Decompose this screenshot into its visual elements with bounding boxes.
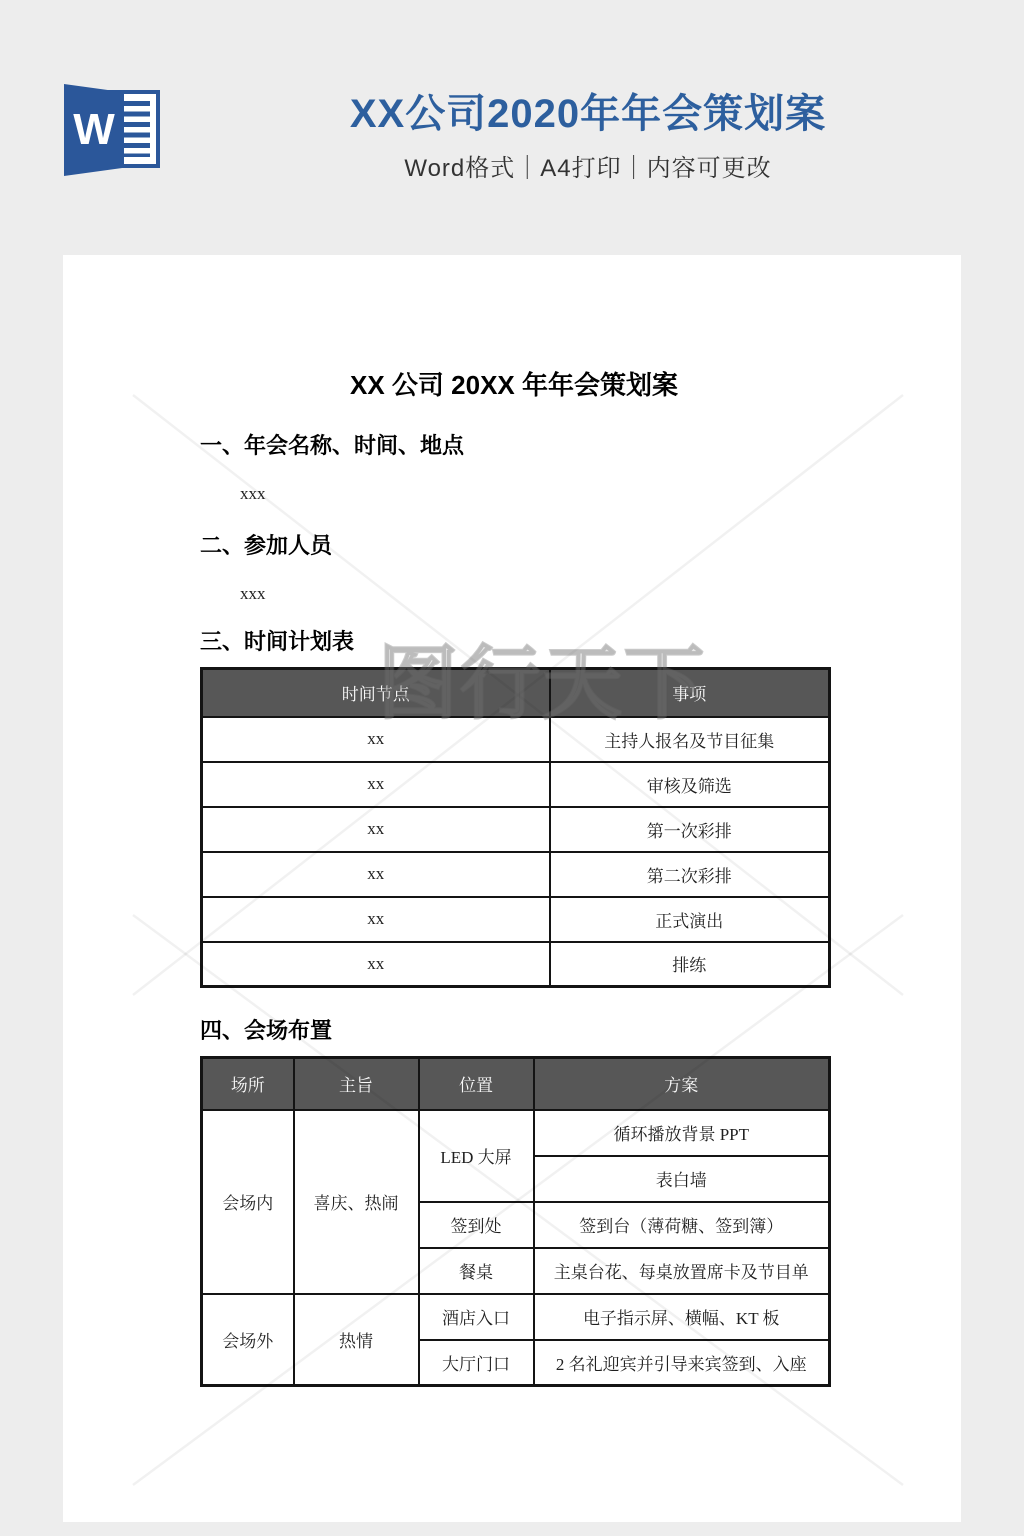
banner-subtitle: Word格式｜A4打印｜内容可更改: [162, 148, 1014, 183]
venue-table: 场所 主旨 位置 方案 会场内 喜庆、热闹 LED 大屏 循环播放背景 PPT …: [200, 1056, 831, 1387]
section-heading-3: 三、时间计划表: [200, 627, 891, 657]
table-cell: xx: [202, 942, 550, 987]
table-cell: 第二次彩排: [550, 852, 830, 897]
venue-col-theme: 主旨: [294, 1058, 419, 1110]
table-row: 会场内 喜庆、热闹 LED 大屏 循环播放背景 PPT: [202, 1110, 830, 1156]
table-cell-plan: 2 名礼迎宾并引导来宾签到、入座: [534, 1340, 830, 1386]
word-logo-icon: W: [64, 84, 162, 176]
table-row: xx 正式演出: [202, 897, 830, 942]
table-cell-plan: 签到台（薄荷糖、签到簿）: [534, 1202, 830, 1248]
table-cell: xx: [202, 762, 550, 807]
table-cell-plan: 循环播放背景 PPT: [534, 1110, 830, 1156]
section-heading-2: 二、参加人员: [200, 531, 891, 561]
table-cell: 正式演出: [550, 897, 830, 942]
table-row: xx 第一次彩排: [202, 807, 830, 852]
banner-title: XX公司2020年年会策划案: [162, 92, 1014, 136]
table-cell-location: LED 大屏: [419, 1110, 534, 1202]
table-cell-location: 酒店入口: [419, 1294, 534, 1340]
table-cell-theme-outside: 热情: [294, 1294, 419, 1386]
table-cell-location: 餐桌: [419, 1248, 534, 1294]
schedule-col-time: 时间节点: [202, 669, 550, 717]
section-heading-1: 一、年会名称、时间、地点: [200, 431, 891, 461]
table-cell: 主持人报名及节目征集: [550, 717, 830, 762]
section-body-1: xxx: [240, 483, 891, 505]
table-row: 会场外 热情 酒店入口 电子指示屏、横幅、KT 板: [202, 1294, 830, 1340]
document-title: XX 公司 20XX 年年会策划案: [200, 367, 828, 403]
word-logo-letter: W: [73, 108, 115, 152]
document-page: XX 公司 20XX 年年会策划案 一、年会名称、时间、地点 xxx 二、参加人…: [63, 255, 961, 1522]
table-cell-plan: 电子指示屏、横幅、KT 板: [534, 1294, 830, 1340]
venue-col-location: 位置: [419, 1058, 534, 1110]
banner-text: XX公司2020年年会策划案 Word格式｜A4打印｜内容可更改: [162, 92, 1014, 183]
table-row: xx 第二次彩排: [202, 852, 830, 897]
table-row: xx 主持人报名及节目征集: [202, 717, 830, 762]
table-cell-place-outside: 会场外: [202, 1294, 294, 1386]
document-content: XX 公司 20XX 年年会策划案 一、年会名称、时间、地点 xxx 二、参加人…: [63, 255, 961, 1387]
schedule-col-item: 事项: [550, 669, 830, 717]
table-cell: xx: [202, 852, 550, 897]
schedule-table: 时间节点 事项 xx 主持人报名及节目征集 xx 审核及筛选 xx 第一次彩排: [200, 667, 831, 988]
section-heading-4: 四、会场布置: [200, 1016, 891, 1046]
table-cell: xx: [202, 717, 550, 762]
word-logo-flap: W: [64, 84, 124, 176]
table-cell: xx: [202, 897, 550, 942]
table-cell: 第一次彩排: [550, 807, 830, 852]
table-row: xx 排练: [202, 942, 830, 987]
site-header: W XX公司2020年年会策划案 Word格式｜A4打印｜内容可更改: [0, 0, 1024, 255]
venue-header-row: 场所 主旨 位置 方案: [202, 1058, 830, 1110]
table-cell-plan: 主桌台花、每桌放置席卡及节目单: [534, 1248, 830, 1294]
venue-col-plan: 方案: [534, 1058, 830, 1110]
table-cell: 审核及筛选: [550, 762, 830, 807]
table-cell-theme-inside: 喜庆、热闹: [294, 1110, 419, 1294]
table-cell-place-inside: 会场内: [202, 1110, 294, 1294]
table-cell: 排练: [550, 942, 830, 987]
venue-col-place: 场所: [202, 1058, 294, 1110]
schedule-header-row: 时间节点 事项: [202, 669, 830, 717]
table-cell-location: 大厅门口: [419, 1340, 534, 1386]
table-cell-plan: 表白墙: [534, 1156, 830, 1202]
table-row: xx 审核及筛选: [202, 762, 830, 807]
table-cell: xx: [202, 807, 550, 852]
table-cell-location: 签到处: [419, 1202, 534, 1248]
section-body-2: xxx: [240, 583, 891, 605]
